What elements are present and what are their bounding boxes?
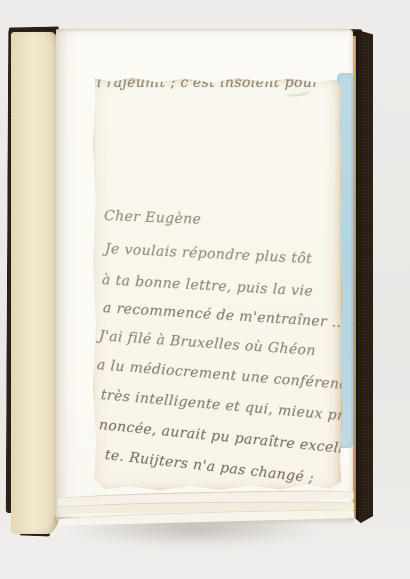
handwriting-line: a lu médiocrement une conférence (96, 358, 356, 393)
handwriting-line: a recommencé de m'entraîner ... (103, 301, 347, 330)
left-endpaper-page (11, 32, 61, 534)
handwriting-line: très intelligente et qui, mieux pro- (100, 388, 358, 424)
gilt-edge-line (353, 36, 356, 518)
handwriting-line: à ta bonne lettre, puis la vie (102, 273, 314, 299)
handwriting-line-salutation: Cher Eugène (104, 209, 202, 227)
handwriting-line: te. Ruijters n'a pas changé ; (104, 448, 315, 485)
deckled-page-edges-bottom (58, 489, 355, 525)
handwriting-line: Je voulais répondre plus tôt (105, 242, 313, 266)
right-cover-edge (355, 30, 373, 523)
handwriting-line: J'ai filé à Bruxelles où Ghéon (99, 329, 317, 358)
manuscript-letter-sheet: Cher Eugène Je voulais répondre plus tôt… (92, 76, 343, 492)
